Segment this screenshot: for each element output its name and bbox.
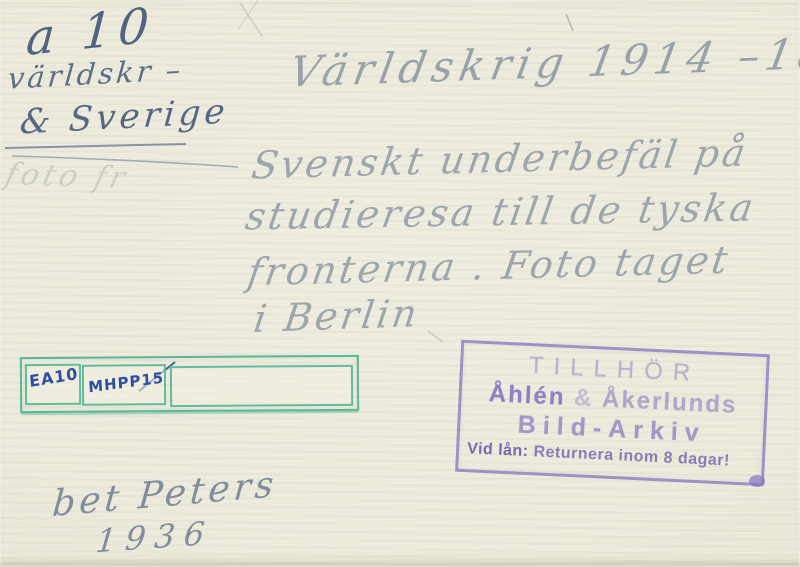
pencil-underline-1 — [5, 144, 186, 148]
photo-verso: a 10 världskr – & Sverige foto fr Världs… — [0, 0, 800, 567]
handwriting-faint-scribble: foto fr — [2, 160, 132, 194]
handwriting-caption-line2: studieresa till de tyska — [243, 188, 759, 235]
stamp-word-ampersand: & — [574, 384, 595, 412]
pencil-mark-berlin-tail — [428, 331, 443, 342]
handwriting-caption-line4: i Berlin — [251, 294, 422, 338]
handwriting-code-a10: a 10 — [25, 1, 157, 63]
index-cell-3 — [170, 365, 353, 407]
handwriting-year-1936: 1936 — [94, 517, 215, 558]
stamp-word-ahlen: Åhlén — [488, 380, 566, 411]
stamp-return-label: Vid lån: — [467, 440, 529, 460]
pencil-mark-caret — [566, 14, 573, 31]
handwriting-category-line3: & Sverige — [19, 94, 230, 139]
pencil-mark-cross-1 — [240, 3, 262, 36]
index-stamp-box: EA10 MHPP15 — [20, 355, 359, 413]
stamp-word-akerlunds: Åkerlunds — [601, 386, 737, 419]
archive-stamp: TILLHÖR Åhlén & Åkerlunds Bild-Arkiv Vid… — [455, 340, 770, 486]
